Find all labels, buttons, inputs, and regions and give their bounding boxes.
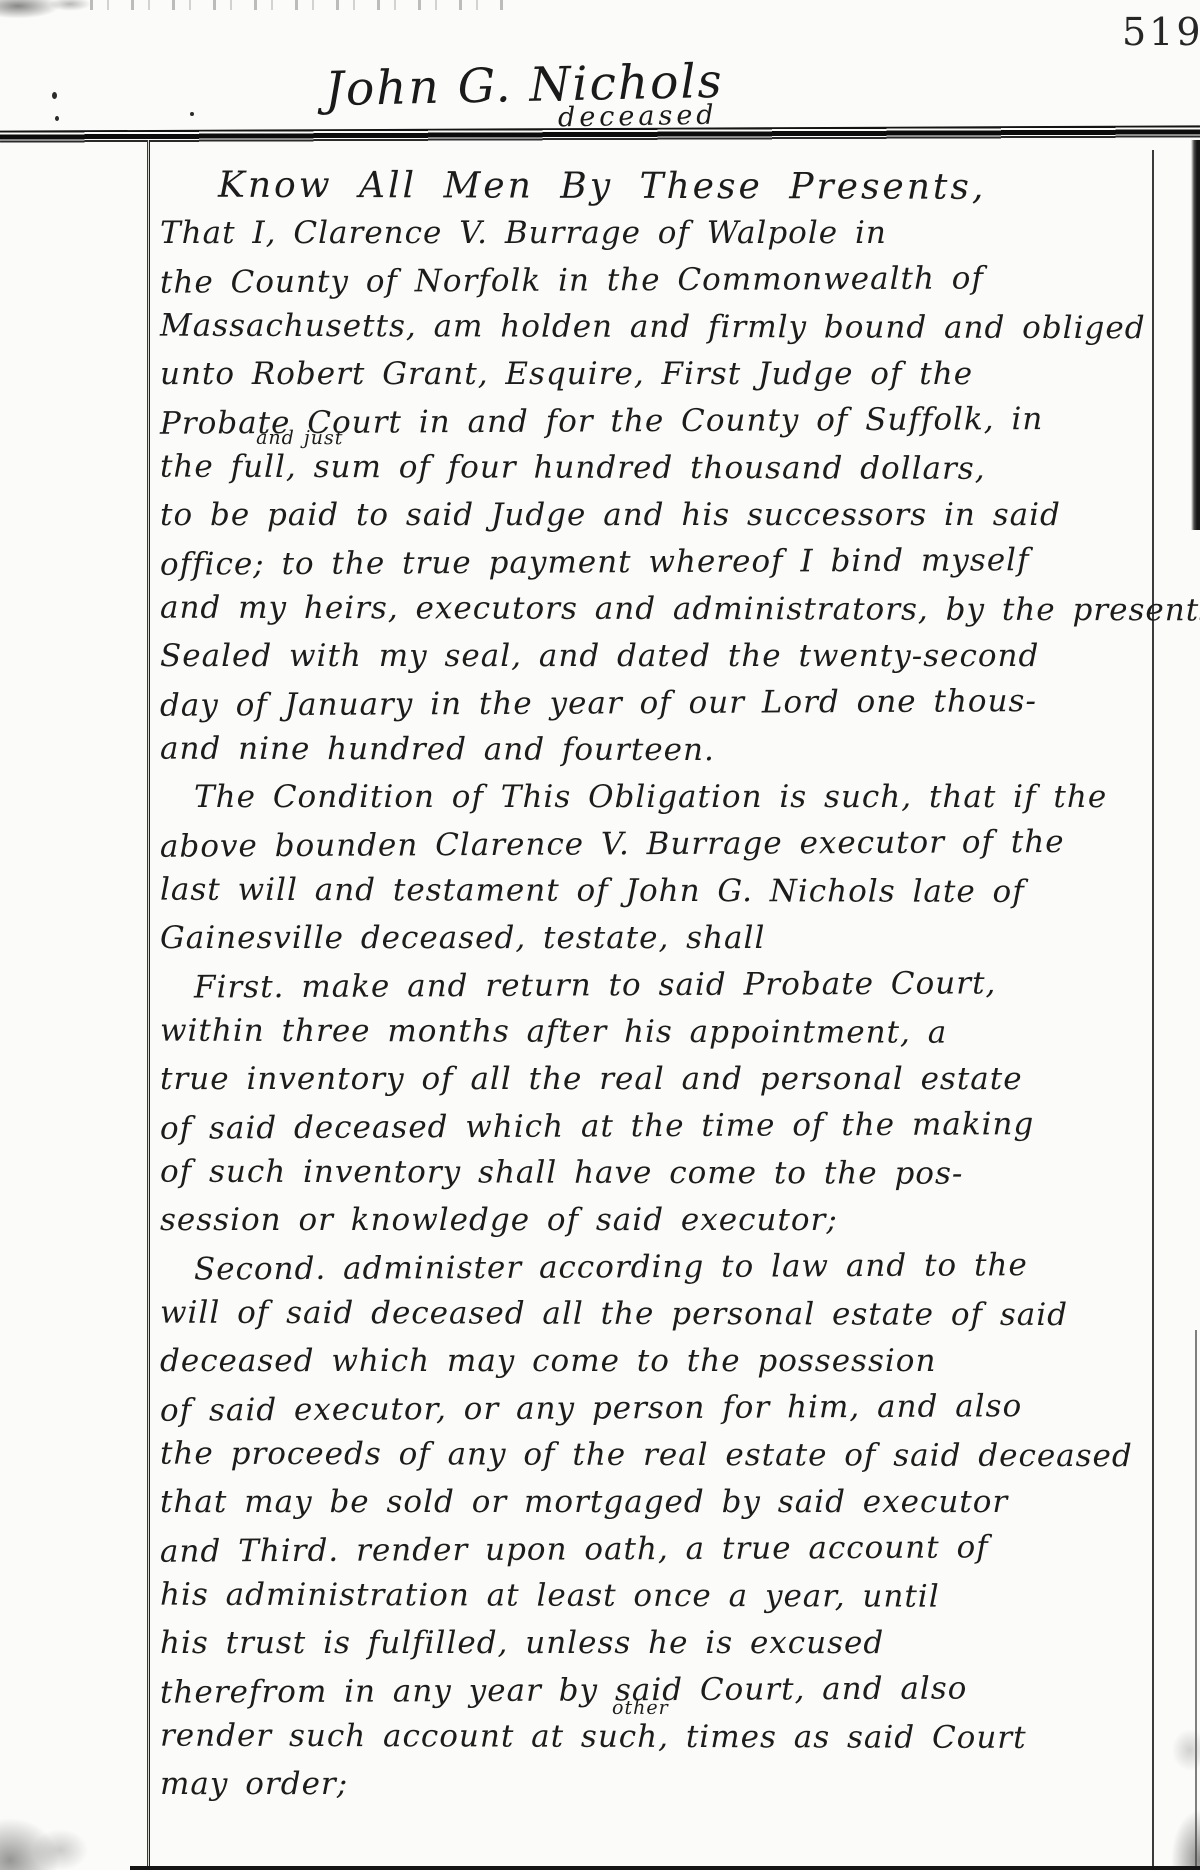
scan-edge-line	[1195, 1330, 1197, 1870]
handwritten-line: Massachusetts, am holden and firmly boun…	[160, 303, 1195, 353]
handwritten-line: to be paid to said Judge and his success…	[160, 492, 1195, 539]
handwritten-line-text: of said executor, or any person for him,…	[160, 1388, 1022, 1429]
interline-insertion: and just	[256, 429, 343, 448]
handwritten-line-text: The Condition of This Obligation is such…	[194, 779, 1107, 815]
ink-speck	[190, 112, 194, 116]
handwritten-line-text: deceased which may come to the possessio…	[160, 1343, 936, 1379]
scan-noise-top-left	[0, 0, 90, 46]
handwritten-line-text: to be paid to said Judge and his success…	[160, 497, 1061, 533]
handwritten-line-text: Second. administer according to law and …	[194, 1247, 1028, 1287]
handwritten-line: office; to the true payment whereof I bi…	[160, 536, 1195, 588]
handwritten-line-text: last will and testament of John G. Nicho…	[160, 872, 1025, 910]
handwritten-line: may order;	[160, 1761, 1195, 1808]
handwritten-line: First. make and return to said Probate C…	[160, 959, 1195, 1011]
ink-speck	[52, 92, 57, 99]
handwritten-line: within three months after his appointmen…	[160, 1008, 1195, 1058]
handwritten-line-text: above bounden Clarence V. Burrage execut…	[160, 824, 1065, 865]
handwritten-line: above bounden Clarence V. Burrage execut…	[160, 818, 1195, 870]
handwritten-line-text: office; to the true payment whereof I bi…	[160, 542, 1030, 583]
handwritten-line: true inventory of all the real and perso…	[160, 1056, 1195, 1103]
handwritten-line-text: will of said deceased all the personal e…	[160, 1295, 1068, 1333]
handwritten-line: Know All Men By These Presents,	[160, 162, 1195, 212]
left-margin-rule	[147, 140, 150, 1870]
handwritten-line: of said executor, or any person for him,…	[160, 1382, 1195, 1434]
handwritten-line: and Third. render upon oath, a true acco…	[160, 1523, 1195, 1575]
scanned-document-page: 519 John G. Nichols deceased Know All Me…	[0, 0, 1200, 1870]
handwritten-line-text: and my heirs, executors and administrato…	[160, 590, 1200, 629]
handwritten-line-text: and Third. render upon oath, a true acco…	[160, 1529, 989, 1569]
handwritten-line: that may be sold or mortgaged by said ex…	[160, 1479, 1195, 1526]
handwritten-line-text: his trust is fulfilled, unless he is exc…	[160, 1625, 884, 1661]
interline-insertion: other	[612, 1699, 669, 1718]
handwritten-line-text: Gainesville deceased, testate, shall	[160, 920, 765, 956]
handwritten-line-text: render such account at such, times as sa…	[160, 1718, 1027, 1756]
ink-speck	[55, 116, 59, 121]
handwritten-line-text: true inventory of all the real and perso…	[160, 1061, 1023, 1097]
handwritten-line: will of said deceased all the personal e…	[160, 1290, 1195, 1340]
handwritten-line: Gainesville deceased, testate, shall	[160, 915, 1195, 962]
handwritten-line: the County of Norfolk in the Commonwealt…	[160, 254, 1195, 306]
handwritten-line: Sealed with my seal, and dated the twent…	[160, 633, 1195, 680]
handwritten-line-text: First. make and return to said Probate C…	[194, 965, 997, 1005]
handwritten-line-text: session or knowledge of said executor;	[160, 1202, 838, 1238]
handwritten-line-text: the County of Norfolk in the Commonwealt…	[160, 260, 984, 300]
page-number: 519	[1122, 10, 1200, 54]
handwritten-line-text: and nine hundred and fourteen.	[160, 731, 715, 768]
handwritten-line-text: That I, Clarence V. Burrage of Walpole i…	[160, 215, 887, 251]
handwritten-line-text: of said deceased which at the time of th…	[160, 1106, 1034, 1147]
handwritten-line: the full, sum of four hundred thousand d…	[160, 444, 1195, 494]
handwritten-line-text: Know All Men By These Presents,	[218, 165, 986, 208]
handwritten-line: his trust is fulfilled, unless he is exc…	[160, 1620, 1195, 1667]
handwritten-line: render such account at such, times as sa…	[160, 1713, 1195, 1763]
handwritten-line-text: the full, sum of four hundred thousand d…	[160, 449, 986, 487]
handwritten-line: Second. administer according to law and …	[160, 1241, 1195, 1293]
handwritten-line-text: may order;	[160, 1766, 348, 1802]
handwritten-line: unto Robert Grant, Esquire, First Judge …	[160, 351, 1195, 398]
handwritten-line: of such inventory shall have come to the…	[160, 1149, 1195, 1199]
handwritten-line: and my heirs, executors and administrato…	[160, 585, 1195, 635]
handwritten-line-text: of such inventory shall have come to the…	[160, 1154, 963, 1192]
handwritten-line: his administration at least once a year,…	[160, 1572, 1195, 1622]
handwritten-line-text: therefrom in any year by said Court, and…	[160, 1670, 968, 1710]
handwritten-line: and nine hundred and fourteen.	[160, 726, 1195, 776]
handwritten-line-text: unto Robert Grant, Esquire, First Judge …	[160, 356, 973, 392]
handwritten-line: the proceeds of any of the real estate o…	[160, 1431, 1195, 1481]
handwritten-line-text: within three months after his appointmen…	[160, 1013, 947, 1051]
handwritten-line: That I, Clarence V. Burrage of Walpole i…	[160, 210, 1195, 257]
handwritten-line-text: his administration at least once a year,…	[160, 1577, 940, 1615]
bottom-scan-rule	[130, 1866, 1200, 1870]
handwritten-line: of said deceased which at the time of th…	[160, 1100, 1195, 1152]
double-head-rule	[0, 125, 1200, 144]
handwritten-line: The Condition of This Obligation is such…	[160, 774, 1195, 821]
handwritten-line-text: that may be sold or mortgaged by said ex…	[160, 1484, 1008, 1520]
handwritten-line-text: day of January in the year of our Lord o…	[160, 683, 1037, 724]
handwritten-line: day of January in the year of our Lord o…	[160, 677, 1195, 729]
handwritten-line: session or knowledge of said executor;	[160, 1197, 1195, 1244]
handwritten-line: last will and testament of John G. Nicho…	[160, 867, 1195, 917]
handwritten-line: deceased which may come to the possessio…	[160, 1338, 1195, 1385]
handwritten-line-text: the proceeds of any of the real estate o…	[160, 1436, 1133, 1475]
document-body: Know All Men By These Presents,That I, C…	[160, 163, 1195, 1808]
handwritten-line-text: Sealed with my seal, and dated the twent…	[160, 638, 1039, 674]
scan-noise-top-edge	[90, 0, 510, 10]
handwritten-line: therefrom in any year by said Court, and…	[160, 1664, 1195, 1716]
handwritten-line-text: Massachusetts, am holden and firmly boun…	[160, 308, 1146, 347]
scan-noise-bottom-left	[0, 1730, 130, 1870]
